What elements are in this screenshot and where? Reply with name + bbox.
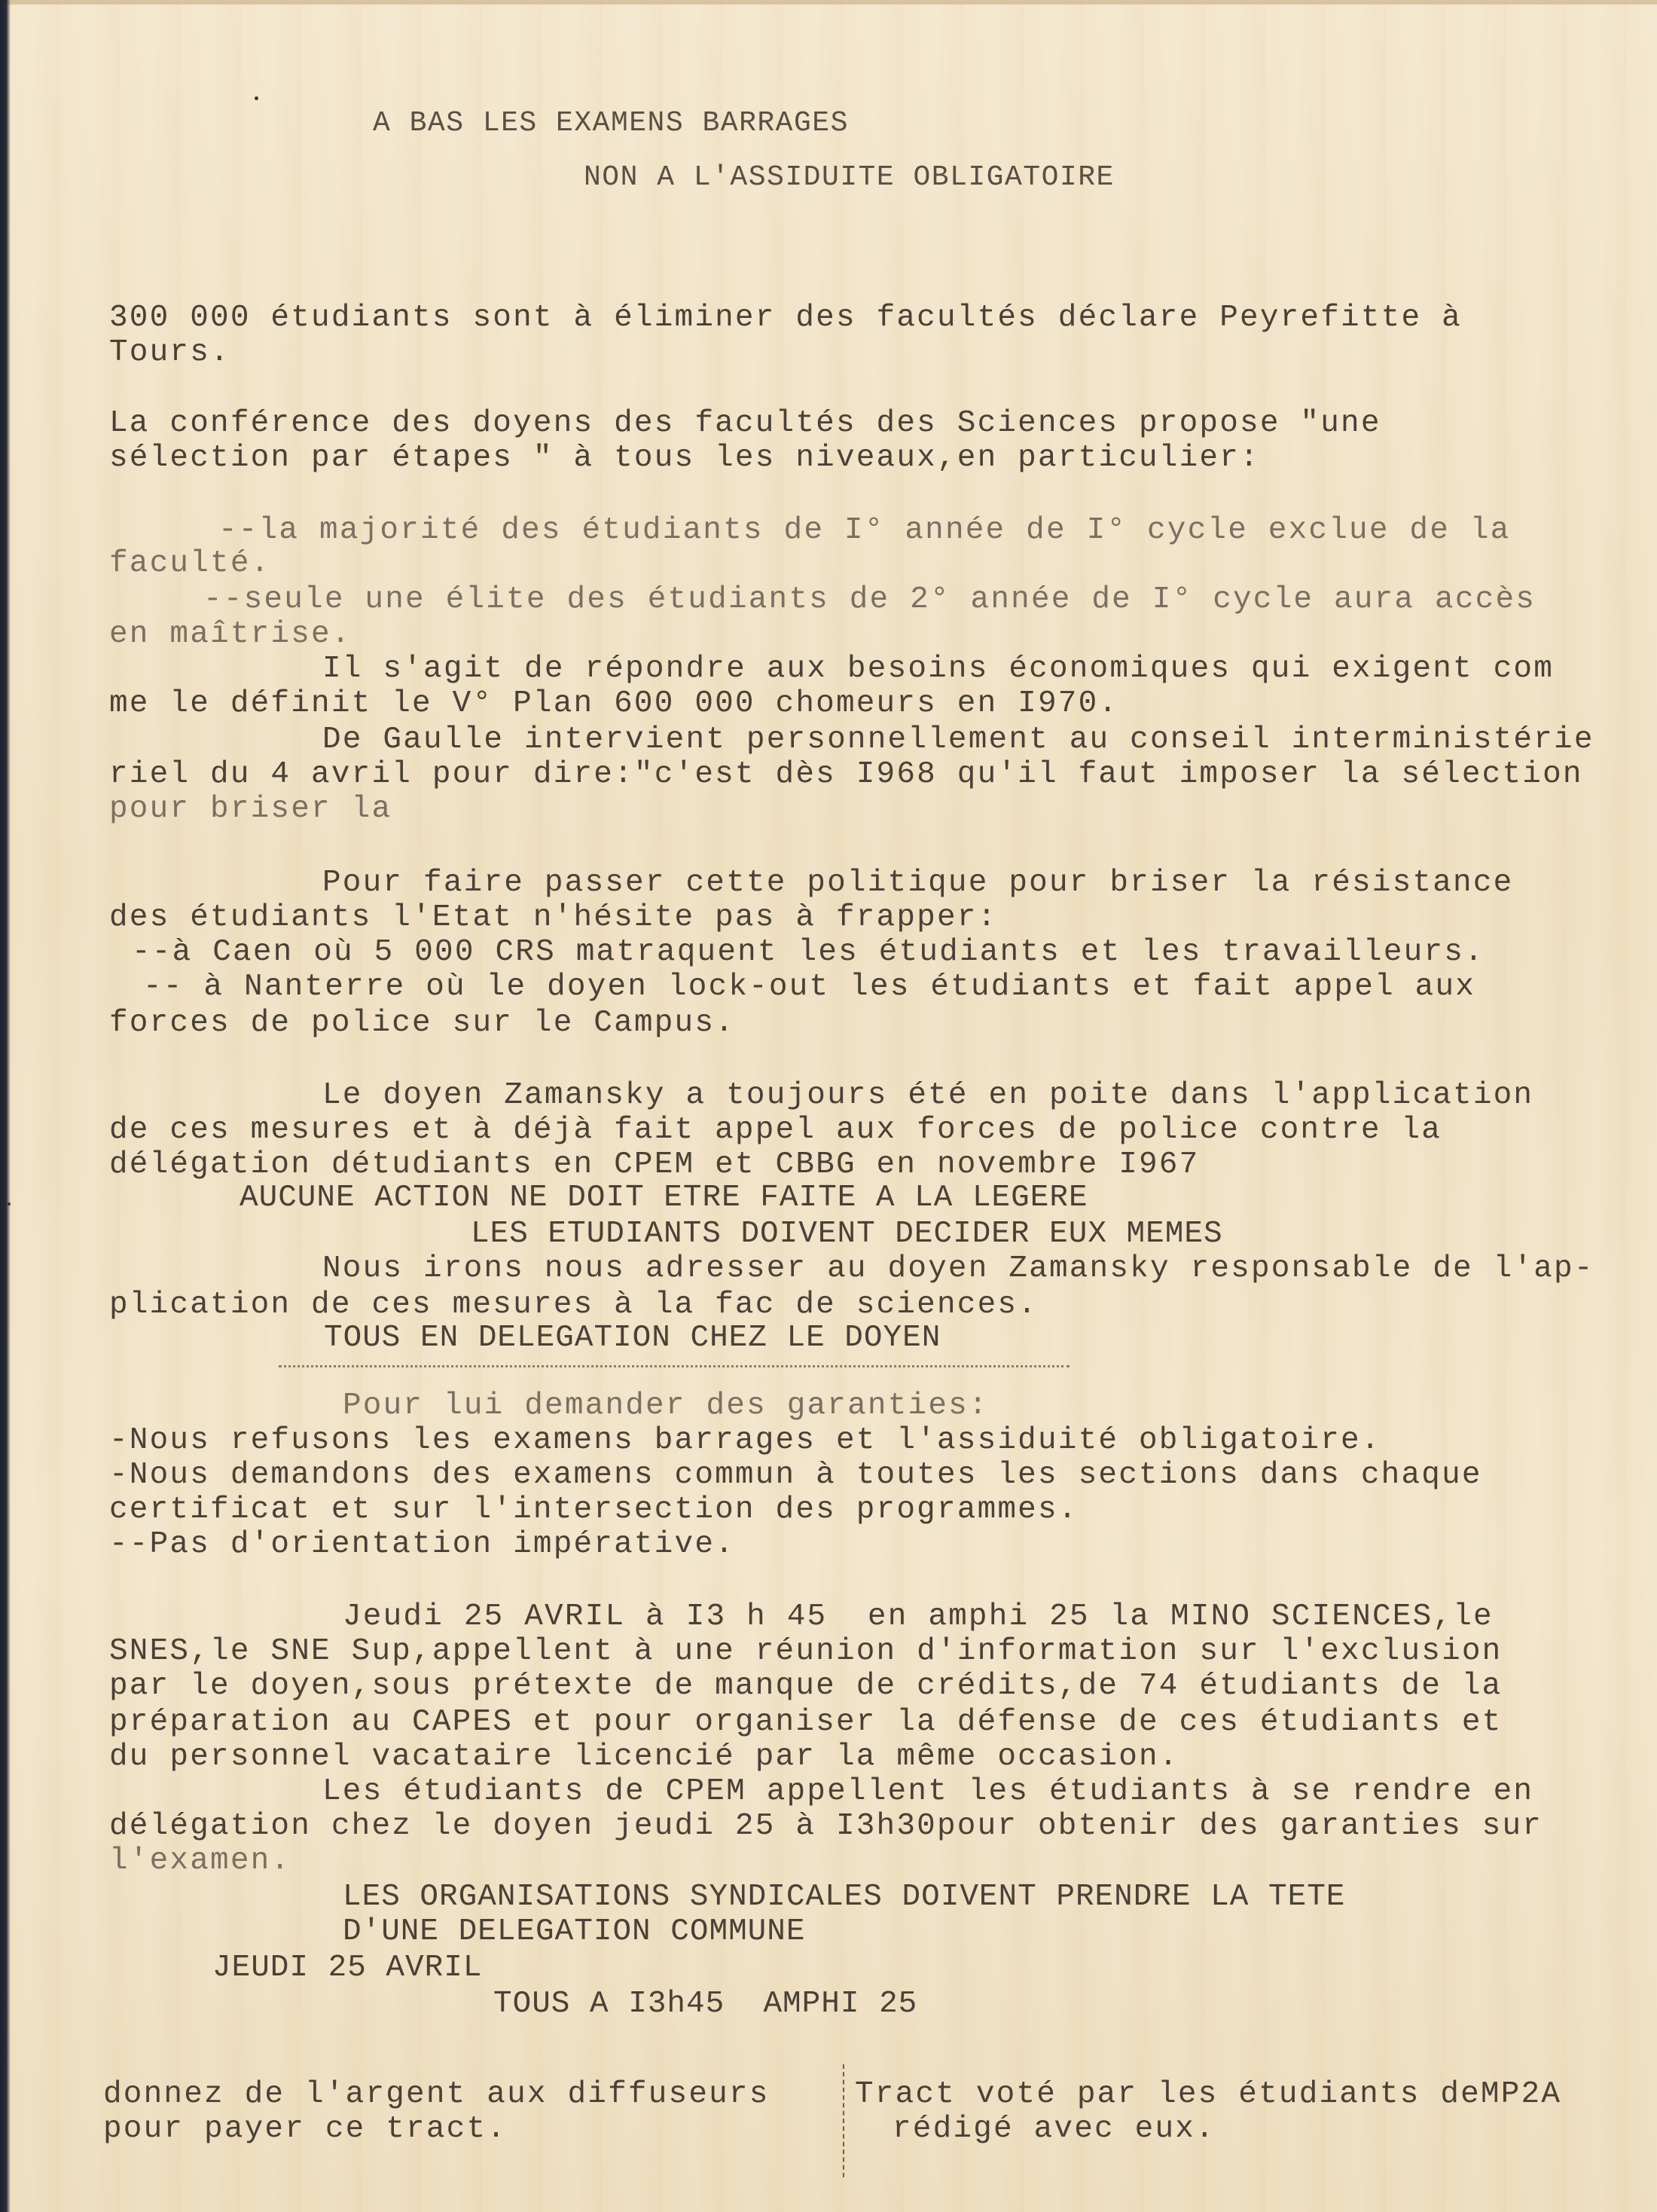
paragraph-8-line-2: plication de ces mesures à la fac de sci…	[109, 1287, 1038, 1323]
paragraph-10-line-2: SNES,le SNE Sup,appellent à une réunion …	[109, 1633, 1502, 1670]
title-line-1: A BAS LES EXAMENS BARRAGES	[373, 105, 849, 142]
paragraph-10-line-5: du personnel vacataire licencié par la m…	[109, 1739, 1179, 1775]
paragraph-6-line-5: forces de police sur le Campus.	[109, 1005, 735, 1041]
paragraph-3-line-4: en maîtrise.	[109, 616, 352, 652]
footer-right-line-1: Tract voté par les étudiants deMP2A	[855, 2076, 1561, 2113]
demand-no-orientation: --Pas d'orientation impérative.	[109, 1526, 735, 1563]
paper-speck	[8, 1202, 11, 1205]
paragraph-3-line-3: --seule une élite des étudiants de 2° an…	[203, 582, 1536, 618]
paragraph-6-line-2: des étudiants l'Etat n'hésite pas à frap…	[109, 900, 997, 936]
paragraph-7-line-1: Le doyen Zamansky a toujours été en poit…	[322, 1077, 1533, 1114]
slogan-underline	[279, 1365, 1070, 1367]
paragraph-7-line-3: délégation détudiants en CPEM et CBBG en…	[109, 1147, 1199, 1183]
paragraph-6-line-4: -- à Nanterre où le doyen lock-out les é…	[143, 969, 1475, 1005]
scan-top-edge	[0, 0, 1657, 5]
footer-left-line-1: donnez de l'argent aux diffuseurs	[103, 2076, 770, 2113]
paragraph-10-line-1: Jeudi 25 AVRIL à I3 h 45 en amphi 25 la …	[343, 1599, 1494, 1635]
scan-left-edge	[0, 0, 11, 2212]
paragraph-11-line-1: Les étudiants de CPEM appellent les étud…	[322, 1774, 1533, 1810]
paragraph-2-line-1: La conférence des doyens des facultés de…	[109, 405, 1381, 441]
paragraph-8-line-1: Nous irons nous adresser au doyen Zamans…	[322, 1251, 1594, 1287]
slogan-students-decide: LES ETUDIANTS DOIVENT DECIDER EUX MEMES	[471, 1216, 1223, 1252]
paragraph-9-line-1: Pour lui demander des garanties:	[343, 1388, 989, 1424]
footer-right-line-2: rédigé avec eux.	[893, 2111, 1216, 2147]
paper-speck	[255, 96, 258, 100]
date-line: JEUDI 25 AVRIL	[212, 1950, 482, 1986]
paragraph-3-line-1: --la majorité des étudiants de I° année …	[218, 512, 1510, 548]
paragraph-4-line-1: Il s'agit de répondre aux besoins économ…	[322, 651, 1554, 687]
demand-common-exams-cont: certificat et sur l'intersection des pro…	[109, 1492, 1079, 1528]
paragraph-10-line-3: par le doyen,sous prétexte de manque de …	[109, 1668, 1502, 1704]
paragraph-7-line-2: de ces mesures et à déjà fait appel aux …	[109, 1112, 1442, 1148]
paragraph-1-line-1: 300 000 étudiants sont à éliminer des fa…	[109, 300, 1462, 336]
paragraph-1-line-2: Tours.	[109, 335, 230, 371]
slogan-no-hasty-action: AUCUNE ACTION NE DOIT ETRE FAITE A LA LE…	[240, 1180, 1088, 1216]
slogan-unions-lead: LES ORGANISATIONS SYNDICALES DOIVENT PRE…	[343, 1879, 1345, 1915]
footer-left-line-2: pour payer ce tract.	[103, 2111, 507, 2147]
demand-common-exams: -Nous demandons des examens commun à tou…	[109, 1457, 1482, 1493]
slogan-common-delegation: D'UNE DELEGATION COMMUNE	[343, 1914, 806, 1950]
paragraph-5-line-3: pour briser la	[109, 791, 392, 827]
paragraph-5-line-2: riel du 4 avril pour dire:"c'est dès I96…	[109, 756, 1583, 793]
slogan-delegation-to-dean: TOUS EN DELEGATION CHEZ LE DOYEN	[324, 1320, 941, 1356]
paragraph-3-line-2: faculté.	[109, 545, 270, 582]
paragraph-11-line-2: délégation chez le doyen jeudi 25 à I3h3…	[109, 1808, 1543, 1844]
title-line-2: NON A L'ASSIDUITE OBLIGATOIRE	[584, 160, 1115, 196]
paragraph-4-line-2: me le définit le V° Plan 600 000 chomeur…	[109, 686, 1118, 722]
paragraph-6-line-1: Pour faire passer cette politique pour b…	[322, 865, 1513, 901]
paragraph-2-line-2: sélection par étapes " à tous les niveau…	[109, 440, 1260, 476]
paragraph-5-line-1: De Gaulle intervient personnellement au …	[322, 722, 1594, 758]
paragraph-10-line-4: préparation au CAPES et pour organiser l…	[109, 1704, 1502, 1740]
meeting-line: TOUS A I3h45 AMPHI 25	[493, 1986, 917, 2022]
paragraph-6-line-3: --à Caen où 5 000 CRS matraquent les étu…	[132, 934, 1485, 970]
paragraph-11-line-3: l'examen.	[109, 1843, 291, 1879]
demand-refuse-barrier-exams: -Nous refusons les examens barrages et l…	[109, 1422, 1381, 1459]
footer-divider	[843, 2064, 844, 2177]
